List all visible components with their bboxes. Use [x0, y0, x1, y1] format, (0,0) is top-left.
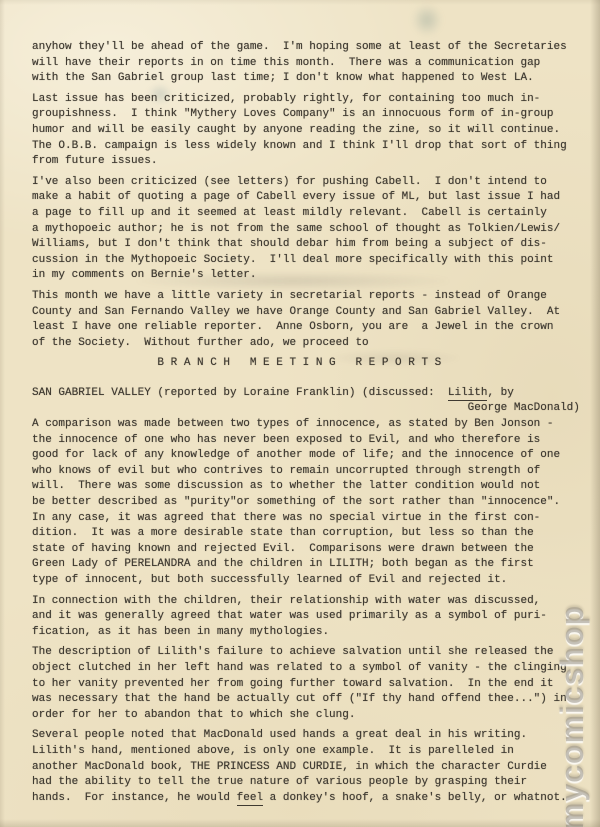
text-line: of the Society. Without further ado, we … [32, 336, 588, 352]
text-line: In connection with the children, their r… [32, 594, 588, 610]
text-line: least I have one reliable reporter. Anne… [32, 320, 588, 336]
text-line: order for her to abandon that to which s… [32, 708, 588, 724]
text-line: I've also been criticized (see letters) … [32, 175, 588, 191]
paragraph: Last issue has been criticized, probably… [32, 92, 588, 170]
paragraph: anyhow they'll be ahead of the game. I'm… [32, 40, 588, 87]
text-line: Williams, but I don't think that should … [32, 237, 588, 253]
text-line: anyhow they'll be ahead of the game. I'm… [32, 40, 588, 56]
text-line: humor and will be easily caught by anyon… [32, 123, 588, 139]
text-line: SAN GABRIEL VALLEY (reported by Loraine … [32, 386, 588, 402]
text-line: was necessary that the hand be actually … [32, 692, 588, 708]
text-line: Last issue has been criticized, probably… [32, 92, 588, 108]
text-line: Several people noted that MacDonald used… [32, 728, 588, 744]
text-line: make a habit of quoting a page of Cabell… [32, 190, 588, 206]
text-line: a page to fill up and it seemed at least… [32, 206, 588, 222]
document-page: anyhow they'll be ahead of the game. I'm… [0, 0, 600, 827]
text-line: In any case, it was agreed that there wa… [32, 511, 588, 527]
text-line: another MacDonald book, THE PRINCESS AND… [32, 760, 588, 776]
text-line: The O.B.B. campaign is less widely known… [32, 139, 588, 155]
text-line: fication, as it has been in many mytholo… [32, 625, 588, 641]
text-line: Green Lady of PERELANDRA and the childre… [32, 557, 588, 573]
text-line: George MacDonald) [32, 401, 588, 417]
text-line: in my comments on Bernie's letter. [32, 268, 588, 284]
text-line: from future issues. [32, 154, 588, 170]
text-line: cussion in the Mythopoeic Society. I'll … [32, 253, 588, 269]
text-line: This month we have a little variety in s… [32, 289, 588, 305]
paragraph: SAN GABRIEL VALLEY (reported by Loraine … [32, 386, 588, 589]
text-line: hands. For instance, he would feel a don… [32, 791, 588, 807]
text-line: good for lack of any knowledge of anothe… [32, 448, 588, 464]
paragraph: The description of Lilith's failure to a… [32, 645, 588, 723]
text-line: a mythopoeic author; he is not from the … [32, 222, 588, 238]
document-text: anyhow they'll be ahead of the game. I'm… [32, 40, 588, 811]
text-line: The description of Lilith's failure to a… [32, 645, 588, 661]
text-line: will have their reports in on time this … [32, 56, 588, 72]
paragraph: Several people noted that MacDonald used… [32, 728, 588, 806]
text-line: with the San Gabriel group last time; I … [32, 71, 588, 87]
text-line: will. There was some discussion as to wh… [32, 479, 588, 495]
section-heading: B R A N C H M E E T I N G R E P O R T S [32, 356, 588, 372]
text-line: dition. It was a more desirable state th… [32, 526, 588, 542]
text-line: the innocence of one who has never been … [32, 433, 588, 449]
text-line: type of innocent, but both successfully … [32, 573, 588, 589]
text-line: who knows of evil but who contrives to r… [32, 464, 588, 480]
text-line: and it was generally agreed that water w… [32, 609, 588, 625]
text-line: County and San Fernando Valley we have O… [32, 305, 588, 321]
text-line: groupishness. I think "Mythery Loves Com… [32, 107, 588, 123]
paragraph: In connection with the children, their r… [32, 594, 588, 641]
text-line: B R A N C H M E E T I N G R E P O R T S [32, 356, 588, 372]
text-line: to her vanity prevented her from going f… [32, 677, 588, 693]
paragraph: I've also been criticized (see letters) … [32, 175, 588, 284]
text-line: be better described as "purity"or someth… [32, 495, 588, 511]
text-line: had the ability to tell the true nature … [32, 775, 588, 791]
text-line: A comparison was made between two types … [32, 417, 588, 433]
text-line: Lilith's hand, mentioned above, is only … [32, 744, 588, 760]
text-line: object clutched in her left hand was rel… [32, 661, 588, 677]
scan-smudge [412, 4, 442, 36]
paragraph: This month we have a little variety in s… [32, 289, 588, 351]
text-line: state of having known and rejected Evil.… [32, 542, 588, 558]
